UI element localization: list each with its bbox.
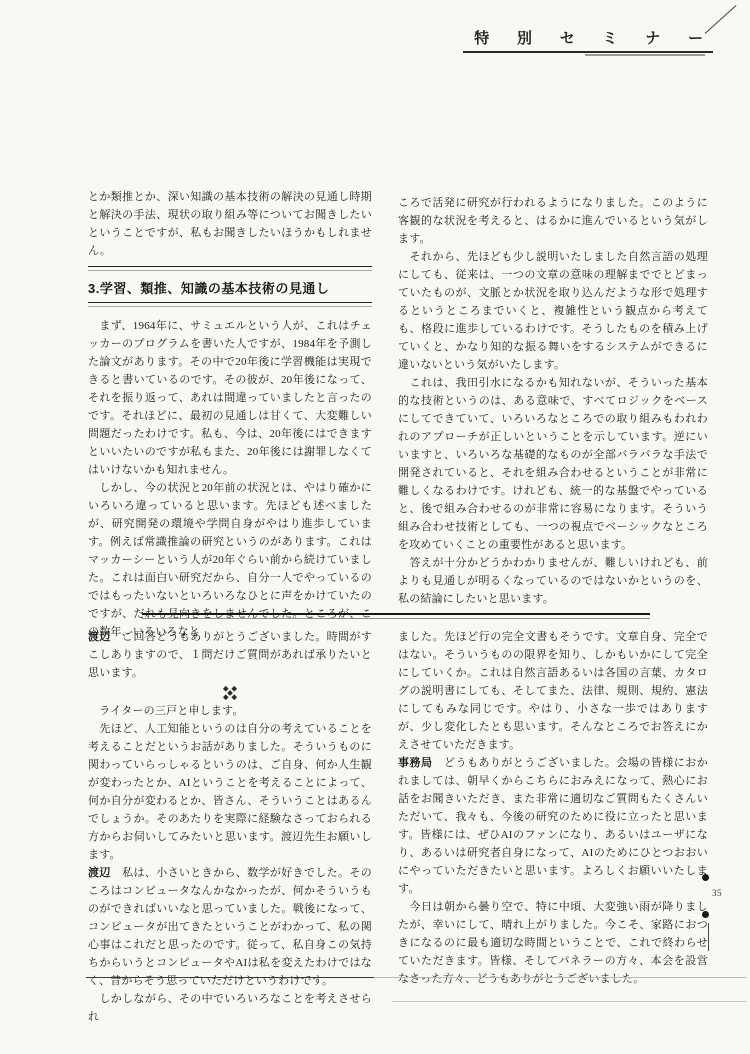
footer-rule-right bbox=[374, 977, 746, 978]
heading-gap bbox=[88, 307, 372, 317]
header-rule-diagonal bbox=[705, 5, 737, 34]
speaker-name: 事務局 bbox=[398, 757, 432, 769]
margin-dot-icon bbox=[702, 874, 709, 881]
left-column-lower: 渡辺 ご回答どうもありがとうございました。時間がすこしありますので、１問だけご質… bbox=[88, 628, 372, 1026]
body-paragraph: ころで活発に研究が行われるようになりました。このように客観的な状況を考えると、は… bbox=[398, 194, 708, 248]
heading-rule-top bbox=[88, 266, 372, 271]
lead-in-paragraph: とか類推とか、深い知識の基本技術の解決の見通し時期と解決の手法、現状の取り組み等… bbox=[88, 188, 372, 260]
body-paragraph: ました。先ほど行の完全文書もそうです。文章自身、完全ではない。そういうものの限界… bbox=[398, 628, 708, 754]
diamond-ornament-icon bbox=[227, 690, 233, 696]
diamond-ornament bbox=[88, 684, 372, 700]
body-paragraph: ライターの三戸と申します。 bbox=[88, 702, 372, 720]
speaker-paragraph: 渡辺 私は、小さいときから、数学が好きでした。そのころはコンピュータなんかなかっ… bbox=[88, 864, 372, 990]
body-paragraph: 先ほど、人工知能というのは自分の考えていることを考えることだというお話がありまし… bbox=[88, 720, 372, 864]
body-paragraph: それから、先ほども少し説明いたしました自然言語の処理にしても、従来は、一つの文章… bbox=[398, 248, 708, 374]
speaker-text: 私は、小さいときから、数学が好きでした。そのころはコンピュータなんかなかったが、… bbox=[88, 867, 372, 987]
scanned-document-page: 特 別 セ ミ ナ ー とか類推とか、深い知識の基本技術の解決の見通し時期と解決… bbox=[0, 0, 750, 1054]
header-rule bbox=[463, 51, 713, 53]
margin-dot-icon bbox=[702, 911, 709, 918]
body-paragraph: 答えが十分かどうかわかりませんが、難しいけれども、前よりも見通しが明るくなってい… bbox=[398, 554, 708, 608]
header-rule-shadow bbox=[585, 54, 705, 56]
speaker-name: 渡辺 bbox=[88, 867, 111, 879]
speaker-name: 渡辺 bbox=[88, 631, 111, 643]
section-divider-rule bbox=[142, 613, 650, 619]
section-heading: 3.学習、類推、知識の基本技術の見通し bbox=[88, 278, 372, 297]
header-title: 特 別 セ ミ ナ ー bbox=[470, 27, 715, 48]
speaker-text: ご回答どうもありがとうございました。時間がすこしありますので、１問だけご質問があ… bbox=[88, 631, 372, 679]
speaker-text: どうもありがとうございました。会場の皆様におかれましては、朝早くからこちらにおみ… bbox=[398, 757, 708, 895]
left-column-upper: とか類推とか、深い知識の基本技術の解決の見通し時期と解決の手法、現状の取り組み等… bbox=[88, 188, 372, 641]
speaker-paragraph: 事務局 どうもありがとうございました。会場の皆様におかれましては、朝早くからこち… bbox=[398, 754, 708, 898]
body-paragraph: まず、1964年に、サミュエルという人が、これはチェッカーのプログラムを書いた人… bbox=[88, 317, 372, 479]
body-paragraph: これは、我田引水になるかも知れないが、そういった基本的な技術というのは、ある意味… bbox=[398, 374, 708, 554]
footer-rule-bottom bbox=[392, 1001, 746, 1002]
body-paragraph: しかしながら、その中でいろいろなことを考えさせられ bbox=[88, 990, 372, 1026]
body-paragraph: 今日は朝から曇り空で、特に中頃、大変強い雨が降りましたが、幸いにして、晴れ上がり… bbox=[398, 898, 708, 988]
speaker-paragraph: 渡辺 ご回答どうもありがとうございました。時間がすこしありますので、１問だけご質… bbox=[88, 628, 372, 682]
right-column-lower: ました。先ほど行の完全文書もそうです。文章自身、完全ではない。そういうものの限界… bbox=[398, 628, 708, 988]
margin-tick-line bbox=[708, 923, 709, 951]
footer-rule-left bbox=[86, 977, 374, 978]
right-column-upper: ころで活発に研究が行われるようになりました。このように客観的な状況を考えると、は… bbox=[398, 194, 708, 608]
page-number: 35 bbox=[712, 888, 722, 898]
